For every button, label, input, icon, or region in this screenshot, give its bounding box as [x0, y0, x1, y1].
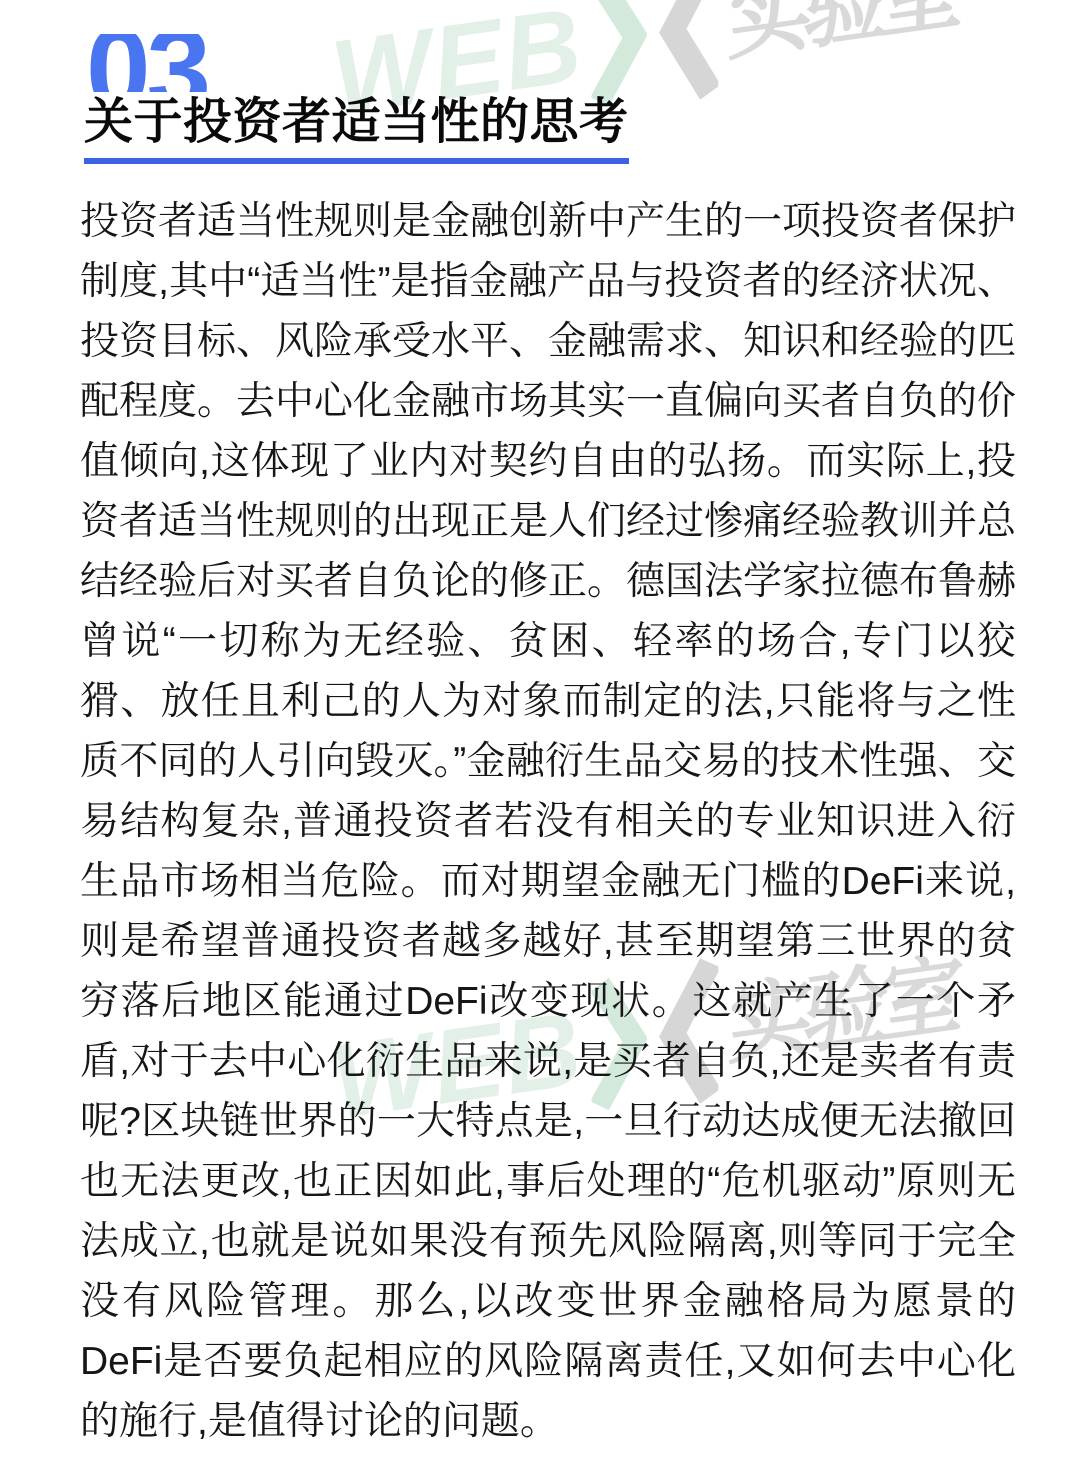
page-title: 关于投资者适当性的思考 [84, 94, 629, 164]
article-content: 03 关于投资者适当性的思考 投资者适当性规则是金融创新中产生的一项投资者保护制… [0, 0, 1080, 1452]
heading-row: 关于投资者适当性的思考 [80, 92, 1016, 164]
article-page: WEB 实验室 WEB 实验室 03 关于投资者适当性的思考 投资者适当性规则是… [0, 0, 1080, 1481]
section-number-text: 03 [86, 34, 207, 92]
section-number: 03 [80, 34, 1016, 92]
body-paragraph: 投资者适当性规则是金融创新中产生的一项投资者保护制度,其中“适当性”是指金融产品… [80, 192, 1016, 1452]
